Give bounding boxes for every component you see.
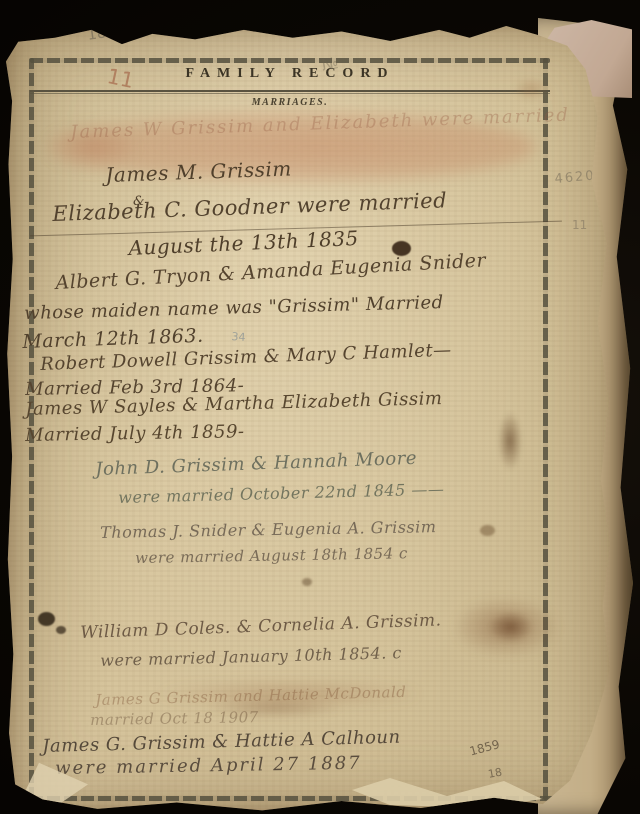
marriage-entry-line: were married January 10th 1854. c	[100, 643, 402, 670]
marriage-entry-line: were married April 27 1887	[55, 753, 362, 779]
photo-scan: FAMILY RECORD MARRIAGES. James W Grissim…	[0, 0, 640, 814]
page-subtitle: MARRIAGES.	[30, 97, 550, 108]
marriage-entry-line: Albert G. Tryon & Amanda Eugenia Snider	[55, 249, 487, 294]
pencil-scribble: №	[320, 53, 340, 75]
stain	[490, 612, 532, 642]
header-rule-thick	[30, 90, 550, 92]
stain	[498, 412, 522, 470]
faded-entry-line: married Oct 18 1907	[90, 708, 259, 729]
blue-pencil-mark: 34	[231, 330, 246, 344]
marriage-entry-line: James M. Grissim	[105, 156, 292, 186]
margin-pencil-number: 4620	[554, 168, 596, 187]
marriage-entry-line: whose maiden name was "Grissim" Married	[24, 292, 444, 324]
document-page: FAMILY RECORD MARRIAGES. James W Grissim…	[6, 22, 616, 812]
ink-speck	[38, 612, 55, 626]
pencil-year-note: 1859	[468, 737, 501, 758]
marriage-entry-line: Thomas J. Snider & Eugenia A. Grissim	[100, 517, 437, 542]
marriage-entry-line: were married August 18th 1854 c	[135, 544, 408, 567]
marriage-entry-line: John D. Grissim & Hannah Moore	[95, 448, 417, 480]
pencil-scribble: 1841	[86, 21, 126, 44]
marriage-entry-line: William D Coles. & Cornelia A. Grissim.	[80, 610, 442, 643]
faded-ghost-writing: James W Grissim and Elizabeth were marri…	[70, 105, 570, 143]
marriage-entry-line: Elizabeth C. Goodner were married	[52, 188, 447, 226]
red-mark: 11	[105, 64, 136, 93]
faded-entry-line: James G Grissim and Hattie McDonald	[95, 683, 407, 709]
pencil-year-note: 18	[487, 766, 503, 781]
header-rule-thin	[30, 93, 550, 94]
marriage-entry-line: were married October 22nd 1845 ——	[118, 479, 445, 507]
stain	[480, 525, 495, 536]
marriage-entry-line: Married July 4th 1859-	[25, 421, 245, 446]
printed-border-top	[30, 58, 550, 63]
ink-speck	[56, 626, 66, 634]
ink-speck	[302, 578, 312, 586]
torn-edge-flap	[352, 778, 542, 808]
printed-border-right	[543, 58, 548, 800]
margin-pencil-mark: 11	[572, 218, 587, 232]
